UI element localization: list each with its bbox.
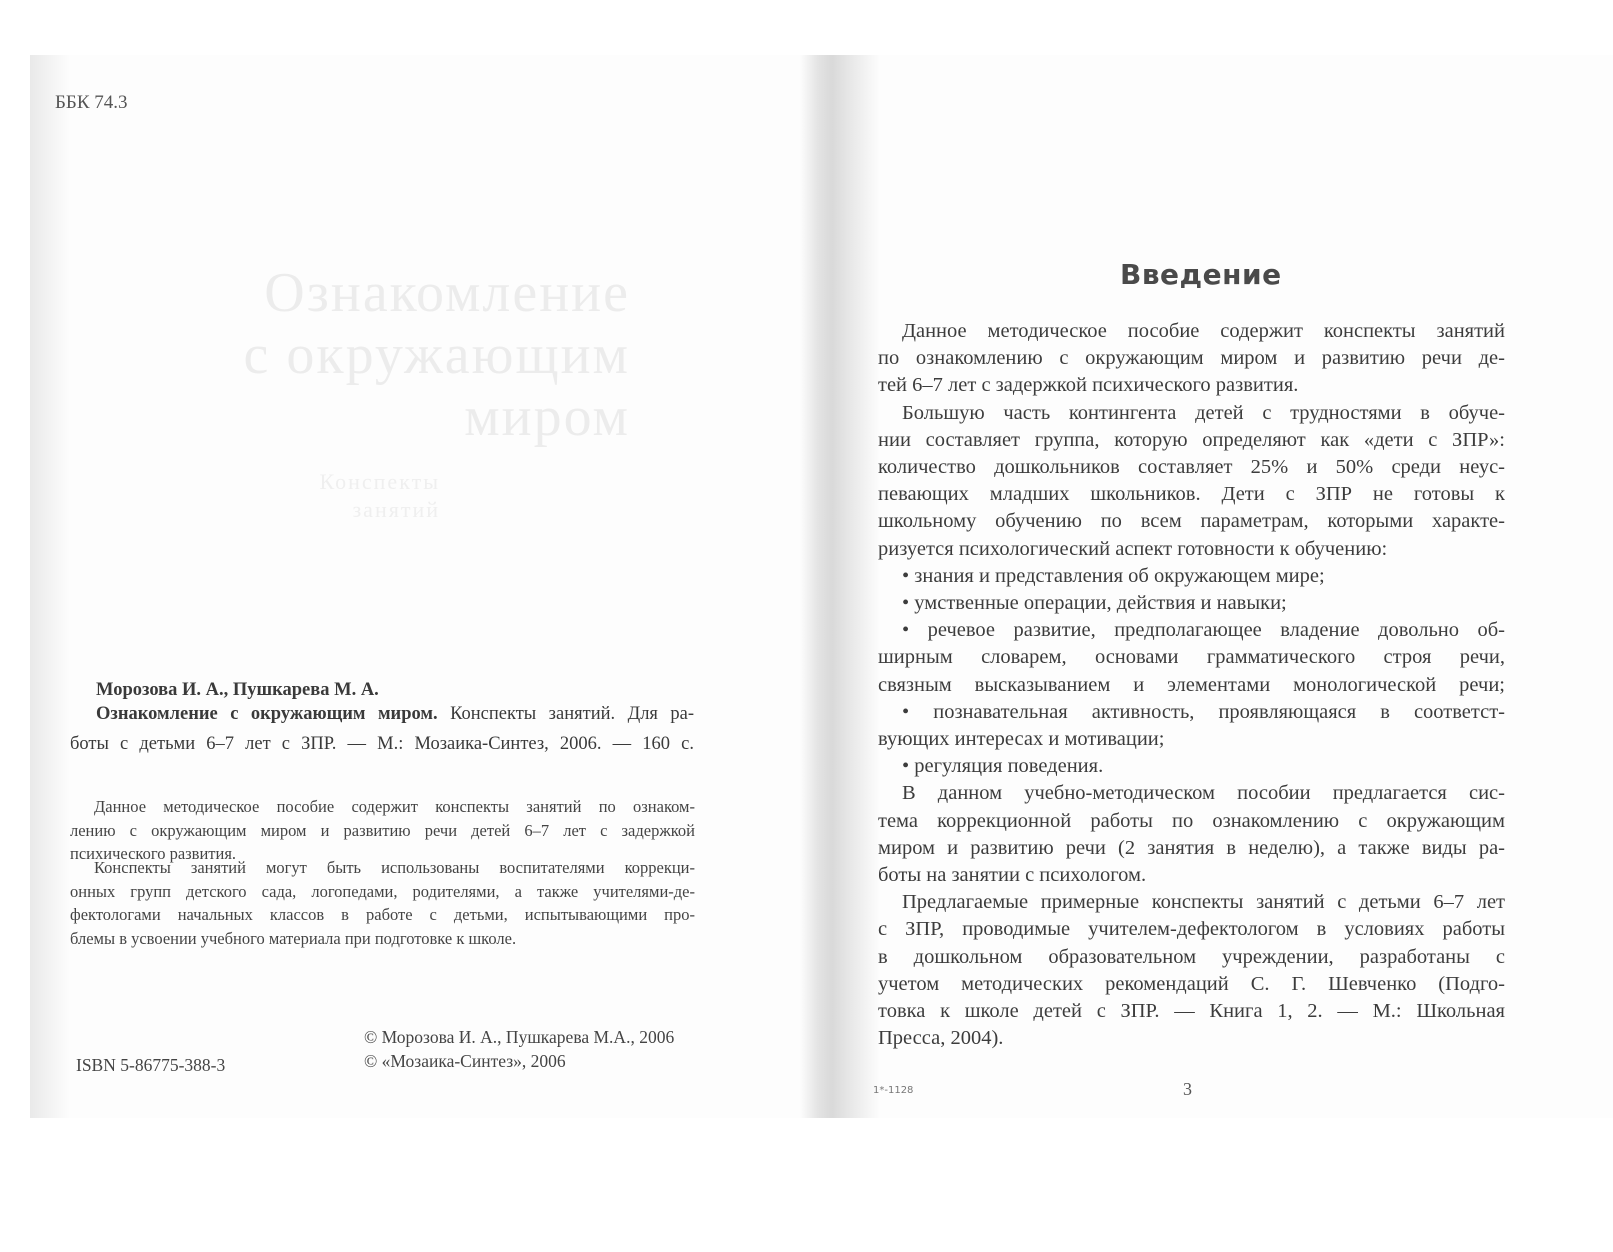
annotation-line: фектологами начальных классов в работе с… [70,903,695,927]
copyright-authors: © Морозова И. А., Пушкарева М.А., 2006 [364,1027,674,1048]
body-text-line: нии составляет группа, которую определяю… [878,429,1505,456]
body-text-line: В данном учебно-методическом пособии пре… [902,782,1505,809]
isbn: ISBN 5-86775-388-3 [76,1055,225,1076]
bleed-through-subtitle: Конспекты занятий [280,468,440,524]
body-text-line: тема коррекционной работы по ознакомлени… [878,810,1505,837]
page-number: 3 [1183,1079,1192,1100]
annotation-line: Данное методическое пособие содержит кон… [70,795,695,819]
book-gutter-shadow [800,55,880,1118]
copyright-publisher: © «Мозаика-Синтез», 2006 [364,1051,566,1072]
annotation-paragraph-1: Данное методическое пособие содержит кон… [70,795,695,866]
body-text-line: ризуется психологический аспект готовнос… [878,538,1505,565]
signature-code: 1*-1128 [873,1085,913,1096]
bleed-through-line: с окружающим [210,324,630,386]
bibliographic-line-2: боты с детьми 6–7 лет с ЗПР. — М.: Мозаи… [70,734,694,755]
body-text-line: Предлагаемые примерные конспекты занятий… [902,891,1505,918]
body-text-line: количество дошкольников составляет 25% и… [878,456,1505,483]
book-title: Ознакомление с окружающим миром. [96,704,438,724]
body-text-line: Большую часть контингента детей с трудно… [902,402,1505,429]
bullet-list-item: • знания и представления об окружающем м… [902,565,1505,592]
body-text-line: ширным словарем, основами грамматическог… [878,646,1505,673]
bleed-through-line: Конспекты [280,468,440,496]
annotation-line: онных групп детского сада, логопедами, р… [70,880,695,904]
body-text-line: боты на занятии с психологом. [878,864,1505,891]
bibliographic-details: Конспекты занятий. Для ра- [438,704,694,724]
body-text-line: Данное методическое пособие содержит кон… [902,320,1505,347]
body-text-line: вующих интересах и мотивации; [878,728,1505,755]
body-text-line: товка к школе детей с ЗПР. — Книга 1, 2.… [878,1000,1505,1027]
annotation-line: лению с окружающим миром и развитию речи… [70,819,695,843]
bullet-list-item: • речевое развитие, предполагающее владе… [902,619,1505,646]
body-text-line: учетом методических рекомендаций С. Г. Ш… [878,973,1505,1000]
bullet-list-item: • познавательная активность, проявляющая… [902,701,1505,728]
page-edge-shadow [30,55,70,1118]
bleed-through-title: Ознакомление с окружающим миром [210,262,630,448]
body-text-line: связным высказыванием и элементами монол… [878,674,1505,701]
body-text-line: с ЗПР, проводимые учителем-дефектологом … [878,918,1505,945]
body-text-line: миром и развитию речи (2 занятия в недел… [878,837,1505,864]
body-text-line: в дошкольном образовательном учреждении,… [878,946,1505,973]
annotation-line: блемы в усвоении учебного материала при … [70,927,695,951]
body-text-line: певающих младших школьников. Дети с ЗПР … [878,483,1505,510]
bibliographic-line-1: Ознакомление с окружающим миром. Конспек… [96,704,694,725]
bbk-classification: ББК 74.3 [55,92,128,114]
bleed-through-line: миром [210,386,630,448]
body-text-line: тей 6–7 лет с задержкой психического раз… [878,374,1505,401]
annotation-paragraph-2: Конспекты занятий могут быть использован… [70,856,695,950]
bleed-through-line: занятий [280,496,440,524]
bullet-list-item: • умственные операции, действия и навыки… [902,592,1505,619]
body-text-line: по ознакомлению с окружающим миром и раз… [878,347,1505,374]
bleed-through-line: Ознакомление [210,262,630,324]
authors: Морозова И. А., Пушкарева М. А. [96,680,379,701]
bullet-list-item: • регуляция поведения. [902,755,1505,782]
body-text-line: Пресса, 2004). [878,1027,1505,1054]
chapter-heading: Введение [1120,258,1282,291]
annotation-line: Конспекты занятий могут быть использован… [70,856,695,880]
body-text-line: школьному обучению по всем параметрам, к… [878,510,1505,537]
